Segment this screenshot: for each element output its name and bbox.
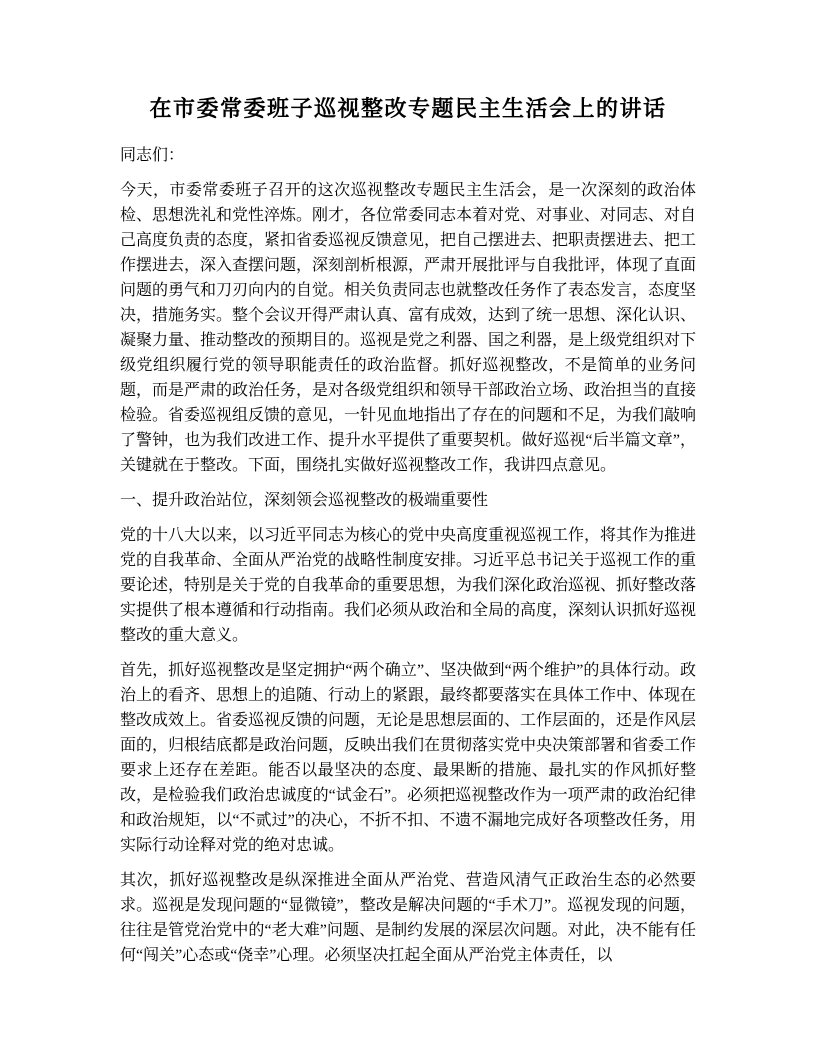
- document-title: 在市委常委班子巡视整改专题民主生活会上的讲话: [120, 95, 696, 123]
- paragraph-first-point: 首先，抓好巡视整改是坚定拥护“两个确立”、坚决做到“两个维护”的具体行动。政治上…: [120, 658, 696, 858]
- paragraph-section1-intro: 党的十八大以来，以习近平同志为核心的党中央高度重视巡视工作，将其作为推进党的自我…: [120, 523, 696, 648]
- document-body: 同志们： 今天，市委常委班子召开的这次巡视整改专题民主生活会，是一次深刻的政治体…: [120, 143, 696, 968]
- salutation: 同志们：: [120, 143, 696, 168]
- section-heading-1: 一、提升政治站位，深刻领会巡视整改的极端重要性: [120, 488, 696, 513]
- paragraph-second-point: 其次，抓好巡视整改是纵深推进全面从严治党、营造风清气正政治生态的必然要求。巡视是…: [120, 868, 696, 968]
- document-page: 在市委常委班子巡视整改专题民主生活会上的讲话 同志们： 今天，市委常委班子召开的…: [0, 0, 816, 1056]
- paragraph-opening: 今天，市委常委班子召开的这次巡视整改专题民主生活会，是一次深刻的政治体检、思想洗…: [120, 178, 696, 478]
